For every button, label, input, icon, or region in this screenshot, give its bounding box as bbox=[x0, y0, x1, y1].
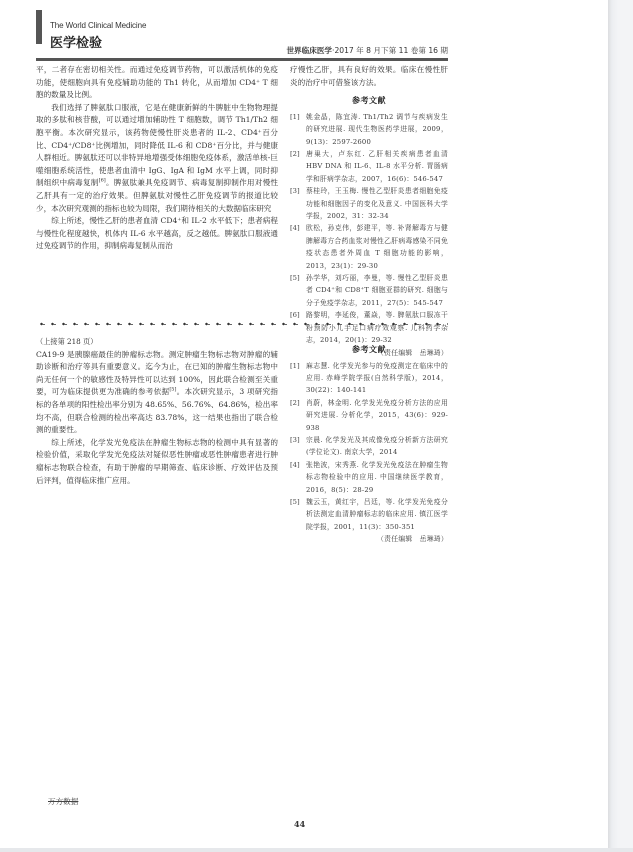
reference-item: [2]唐巢大，卢东红. 乙肝相关疾病患者血清 HBV DNA 和 IL-6、IL… bbox=[290, 148, 448, 185]
viewer-right-gutter bbox=[608, 0, 633, 852]
reference-text: 孙学华，刘巧丽，李曼，等. 慢性乙型肝炎患者 CD4⁺和 CD8⁺T 细胞亚群的… bbox=[306, 272, 448, 309]
article2-left-column: （上接第 218 页） CA19-9 是胰腺癌最佳的肿瘤标志物。测定肿瘤生物标志… bbox=[36, 336, 278, 487]
header-accent-bar bbox=[36, 10, 42, 44]
reference-item: [1]姚金晶，陈宜涛. Th1/Th2 调节与疾病发生的研究进展. 现代生物医药… bbox=[290, 111, 448, 148]
reference-number: [1] bbox=[290, 111, 306, 148]
page-number: 44 bbox=[294, 819, 305, 829]
reference-number: [5] bbox=[290, 496, 306, 533]
issue-info: 世界临床医学·2017 年 8 月下第 11 卷第 16 期 bbox=[270, 45, 448, 56]
reference-number: [4] bbox=[290, 459, 306, 496]
reference-text: 欧松，孙克伟，彭建平，等. 补肾解毒方与健脾解毒方合药血浆对慢性乙肝病毒感染不同… bbox=[306, 222, 448, 272]
reference-text: 魏云玉，黄红宇，吕廷，等. 化学发光免疫分析法测定血清肿瘤标志的临床应用. 镇江… bbox=[306, 496, 448, 533]
reference-text: 张艳波，宋秀燕. 化学发光免疫法在肿瘤生物标志物检验中的应用. 中国继续医学教育… bbox=[306, 459, 448, 496]
issue-number: 第 16 期 bbox=[418, 46, 448, 55]
reference-item: [3]蔡桂玲，王玉梅. 慢性乙型肝炎患者细胞免疫功能和细胞因子的变化及意义. 中… bbox=[290, 185, 448, 222]
paragraph: CA19-9 是胰腺癌最佳的肿瘤标志物。测定肿瘤生物标志物对肿瘤的辅助诊断和治疗… bbox=[36, 349, 278, 437]
header-rule bbox=[36, 58, 448, 61]
editor-credit: （责任编辑 岳琳琦） bbox=[290, 533, 448, 545]
reference-number: [3] bbox=[290, 434, 306, 459]
paragraph: 平，二者存在密切相关性。而通过免疫调节药物，可以激活机体的免疫功能，使细胞向具有… bbox=[36, 64, 278, 102]
reference-item: [1]麻志慧. 化学发光参与的免疫测定在临床中的应用. 赤峰学院学报(自然科学版… bbox=[290, 360, 448, 397]
references-heading: 参考文献 bbox=[290, 95, 448, 108]
article-separator bbox=[36, 322, 448, 326]
reference-text: 宗晨. 化学发光及其成像免疫分析新方法研究(学位论文). 南京大学，2014 bbox=[306, 434, 448, 459]
journal-page: The World Clinical Medicine 医学检验 世界临床医学·… bbox=[0, 0, 608, 848]
reference-text: 唐巢大，卢东红. 乙肝相关疾病患者血清 HBV DNA 和 IL-6、IL-8 … bbox=[306, 148, 448, 185]
paragraph: 我们选择了脾氨肽口服液，它是在健康新鲜的牛脾脏中生物物理提取的多肽和核苷酸，可以… bbox=[36, 102, 278, 215]
article2-right-column: 参考文献 [1]麻志慧. 化学发光参与的免疫测定在临床中的应用. 赤峰学院学报(… bbox=[290, 336, 448, 545]
reference-text: 姚金晶，陈宜涛. Th1/Th2 调节与疾病发生的研究进展. 现代生物医药学进展… bbox=[306, 111, 448, 148]
citation: [6] bbox=[99, 178, 106, 184]
reference-text: 肖蔚，林金明. 化学发光免疫分析方法的应用研究进展. 分析化学，2015，43(… bbox=[306, 397, 448, 434]
reference-text: 蔡桂玲，王玉梅. 慢性乙型肝炎患者细胞免疫功能和细胞因子的变化及意义. 中国医科… bbox=[306, 185, 448, 222]
continued-from-note: （上接第 218 页） bbox=[36, 336, 278, 349]
journal-chinese-title: 世界临床医学 bbox=[286, 46, 332, 55]
paragraph: 综上所述，化学发光免疫法在肿瘤生物标志物的检测中具有显著的检验价值，采取化学发光… bbox=[36, 437, 278, 487]
reference-number: [4] bbox=[290, 222, 306, 272]
reference-item: [3]宗晨. 化学发光及其成像免疫分析新方法研究(学位论文). 南京大学，201… bbox=[290, 434, 448, 459]
article1-right-column: 疗慢性乙肝，具有良好的效果。临床在慢性肝炎的治疗中可借鉴该方法。 参考文献 [1… bbox=[290, 64, 448, 359]
reference-number: [2] bbox=[290, 148, 306, 185]
issue-date: 2017 年 8 月下 bbox=[334, 46, 388, 55]
article1-left-column: 平，二者存在密切相关性。而通过免疫调节药物，可以激活机体的免疫功能，使细胞向具有… bbox=[36, 64, 278, 253]
reference-item: [4]欧松，孙克伟，彭建平，等. 补肾解毒方与健脾解毒方合药血浆对慢性乙肝病毒感… bbox=[290, 222, 448, 272]
section-title: 医学检验 bbox=[50, 32, 102, 51]
reference-item: [5]魏云玉，黄红宇，吕廷，等. 化学发光免疫分析法测定血清肿瘤标志的临床应用.… bbox=[290, 496, 448, 533]
paragraph-text: 我们选择了脾氨肽口服液，它是在健康新鲜的牛脾脏中生物物理提取的多肽和核苷酸，可以… bbox=[36, 103, 278, 188]
reference-text: 麻志慧. 化学发光参与的免疫测定在临床中的应用. 赤峰学院学报(自然科学版)，2… bbox=[306, 360, 448, 397]
reference-number: [3] bbox=[290, 185, 306, 222]
reference-item: [4]张艳波，宋秀燕. 化学发光免疫法在肿瘤生物标志物检验中的应用. 中国继续医… bbox=[290, 459, 448, 496]
reference-number: [1] bbox=[290, 360, 306, 397]
watermark-logo: 万方数据 bbox=[48, 796, 78, 807]
reference-number: [5] bbox=[290, 272, 306, 309]
reference-item: [2]肖蔚，林金明. 化学发光免疫分析方法的应用研究进展. 分析化学，2015，… bbox=[290, 397, 448, 434]
reference-number: [2] bbox=[290, 397, 306, 434]
paragraph: 疗慢性乙肝，具有良好的效果。临床在慢性肝炎的治疗中可借鉴该方法。 bbox=[290, 64, 448, 89]
references-heading: 参考文献 bbox=[290, 344, 448, 357]
viewer-bottom-edge bbox=[0, 848, 633, 852]
reference-item: [5]孙学华，刘巧丽，李曼，等. 慢性乙型肝炎患者 CD4⁺和 CD8⁺T 细胞… bbox=[290, 272, 448, 309]
journal-english-title: The World Clinical Medicine bbox=[50, 21, 146, 30]
issue-volume: 第 11 卷 bbox=[389, 46, 419, 55]
paragraph: 综上所述，慢性乙肝的患者血清 CD4⁺和 IL-2 水平低下；患者病程与慢性化程… bbox=[36, 215, 278, 253]
